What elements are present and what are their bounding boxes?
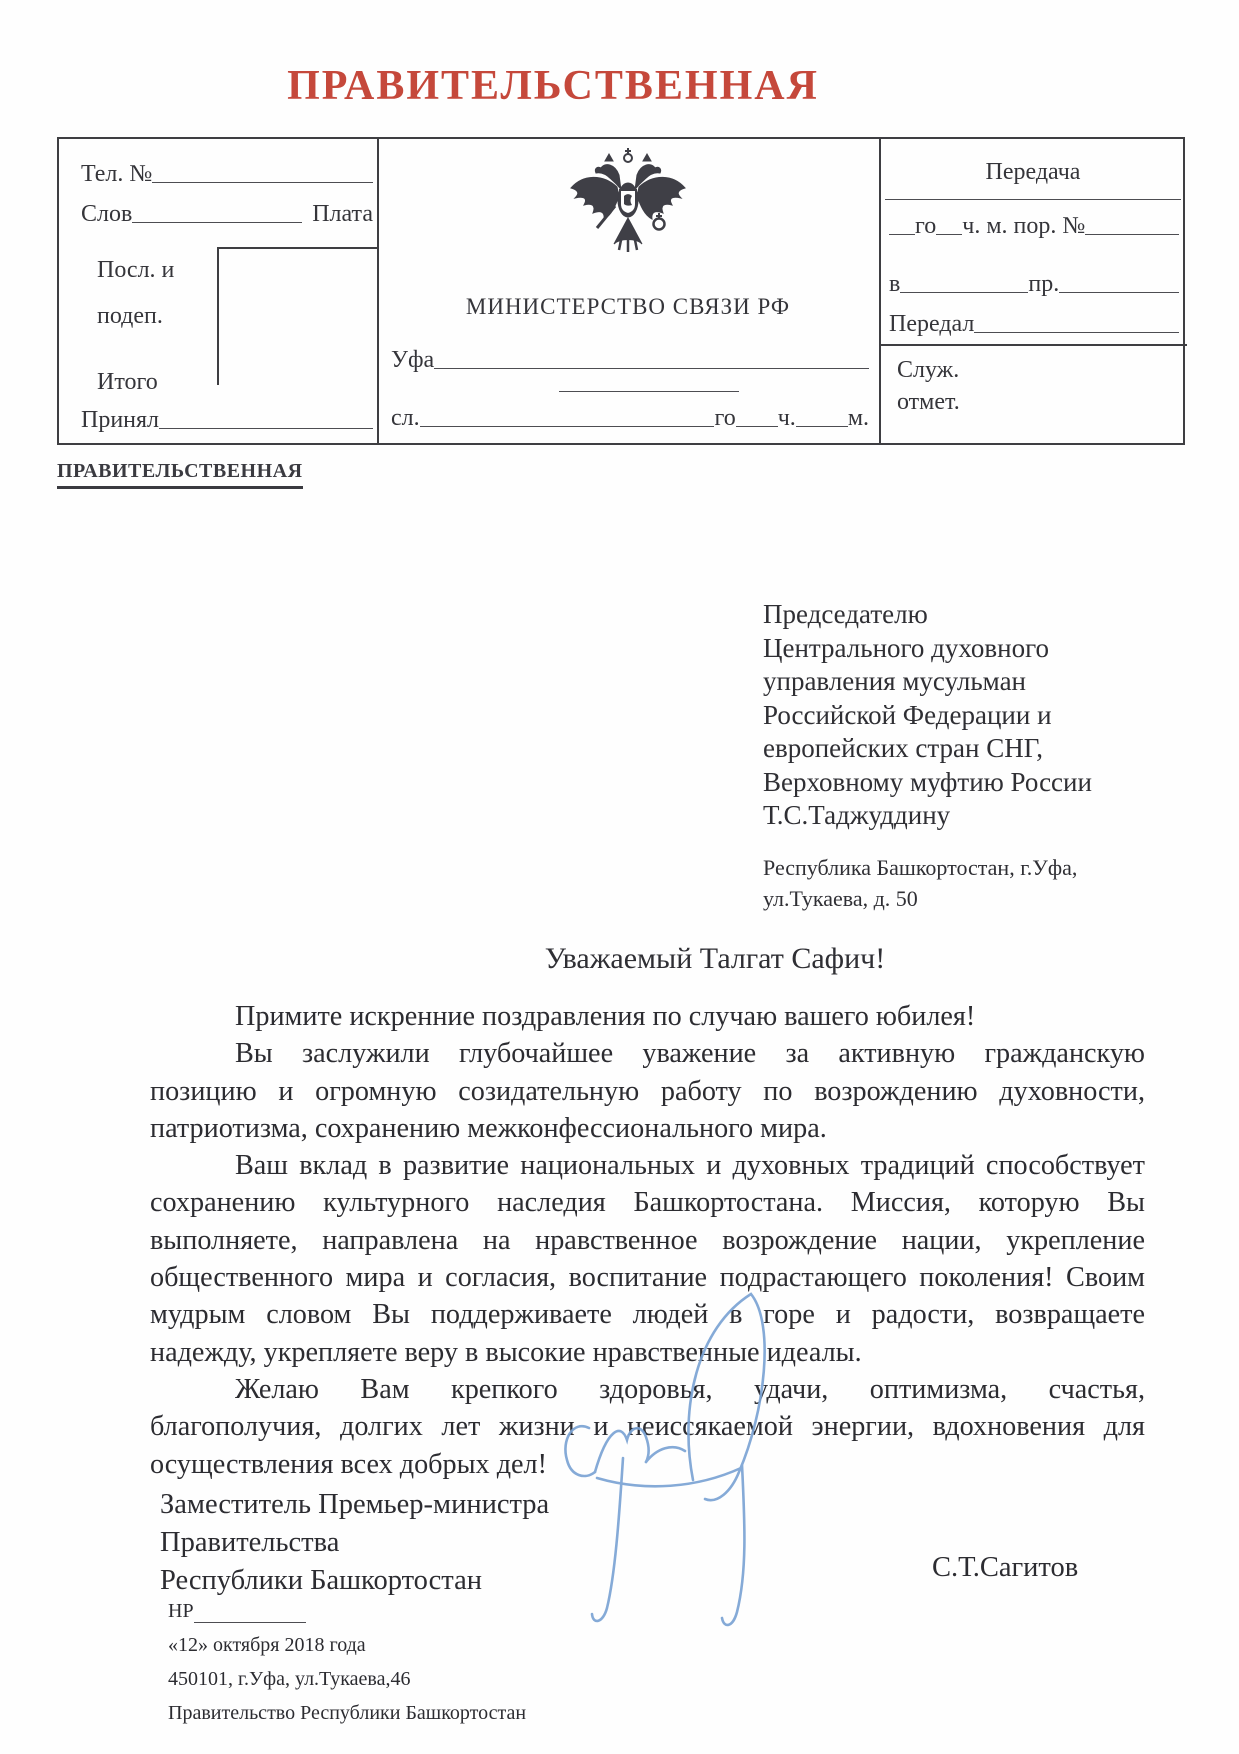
slov-label: Слов xyxy=(81,201,132,227)
service-time-field: сл. го ч. м. xyxy=(391,405,869,431)
blank-line xyxy=(936,234,962,235)
nr-blank-line xyxy=(194,1622,306,1623)
transfer-title: Передача xyxy=(879,159,1187,186)
addressee-line: Российской Федерации и xyxy=(763,699,1092,733)
blank-line xyxy=(1059,292,1179,293)
footer-date: «12» октября 2018 года xyxy=(168,1628,526,1662)
city-label: Уфа xyxy=(391,347,434,373)
service-marks-label-line1: Служ. xyxy=(897,357,959,384)
blank-line xyxy=(1085,234,1179,235)
city-blank-line xyxy=(434,368,869,369)
form-column-divider-left xyxy=(377,139,379,443)
addressee-line: Верховному муфтию России xyxy=(763,766,1092,800)
posl-label-line1: Посл. и xyxy=(97,257,174,284)
center-short-line xyxy=(559,391,739,392)
prinyal-label: Принял xyxy=(81,407,159,433)
classification-stamp: ПРАВИТЕЛЬСТВЕННАЯ xyxy=(57,460,303,489)
prinyal-blank-line xyxy=(159,428,373,429)
nr-field: НР xyxy=(168,1594,526,1628)
peredal-label: Передал xyxy=(889,311,974,337)
location-line: Республика Башкортостан, г.Уфа, xyxy=(763,852,1077,883)
transferred-by-field: Передал xyxy=(889,311,1179,337)
go-label: го xyxy=(714,405,735,431)
service-marks-label-line2: отмет. xyxy=(897,389,960,416)
tel-blank-line xyxy=(152,182,373,183)
transfer-destination-field: в пр. xyxy=(889,271,1179,297)
signer-position-line: Заместитель Премьер-министра xyxy=(160,1486,549,1524)
body-line: Примите искренние поздравления по случаю… xyxy=(150,998,1145,1035)
form-inner-bracket xyxy=(217,247,377,385)
blank-line xyxy=(889,234,915,235)
addressee-line: Т.С.Таджуддину xyxy=(763,799,1092,833)
body-line: Вы заслужили глубочайшее уважение за акт… xyxy=(150,1035,1145,1072)
signer-name: С.Т.Сагитов xyxy=(932,1552,1078,1584)
pr-label: пр. xyxy=(1028,271,1059,297)
chm-label: ч. м. пор. № xyxy=(962,213,1085,239)
telegraph-form: Тел. № Слов Плата Посл. и подеп. Итого П… xyxy=(57,137,1185,445)
plata-label: Плата xyxy=(312,201,373,227)
nr-label: НР xyxy=(168,1594,194,1628)
body-line: Ваш вклад в развитие национальных и духо… xyxy=(150,1147,1145,1184)
ministry-name: МИНИСТЕРСТВО СВЯЗИ РФ xyxy=(377,294,879,320)
city-field: Уфа xyxy=(391,347,869,373)
body-line: сохранению культурного наследия Башкорто… xyxy=(150,1184,1145,1221)
salutation: Уважаемый Талгат Сафич! xyxy=(430,942,1000,976)
v-label: в xyxy=(889,271,900,297)
footer-postal-address: 450101, г.Уфа, ул.Тукаева,46 xyxy=(168,1662,526,1696)
coat-of-arms-eagle-icon xyxy=(563,147,693,267)
go-label-right: го xyxy=(915,213,936,239)
addressee-line: европейских стран СНГ, xyxy=(763,732,1092,766)
ch-label: ч. xyxy=(778,405,796,431)
body-line: позицию и огромную созидательную работу … xyxy=(150,1073,1145,1110)
ch-blank-line xyxy=(796,426,848,427)
tel-label: Тел. № xyxy=(81,161,152,187)
addressee-line: управления мусульман xyxy=(763,665,1092,699)
prinyal-field: Принял xyxy=(81,407,373,433)
sl-label: сл. xyxy=(391,405,420,431)
transfer-title-underline xyxy=(885,199,1181,200)
signer-position-block: Заместитель Премьер-министра Правительст… xyxy=(160,1486,549,1600)
footer-organization: Правительство Республики Башкортостан xyxy=(168,1696,526,1730)
stamp-title: ПРАВИТЕЛЬСТВЕННАЯ xyxy=(0,62,1106,110)
addressee-line: Председателю xyxy=(763,598,1092,632)
body-line: выполняете, направлена на нравственное в… xyxy=(150,1222,1145,1259)
words-payment-field: Слов Плата xyxy=(81,201,373,227)
handwritten-signature xyxy=(545,1280,855,1650)
blank-line xyxy=(974,332,1179,333)
telegram-letter-page: ПРАВИТЕЛЬСТВЕННАЯ Тел. № Слов Плата Посл… xyxy=(0,0,1239,1754)
itogo-label: Итого xyxy=(97,369,158,396)
go-blank-line xyxy=(736,426,778,427)
tel-number-field: Тел. № xyxy=(81,161,373,187)
footer-reference-block: НР «12» октября 2018 года 450101, г.Уфа,… xyxy=(168,1594,526,1730)
slov-blank-line xyxy=(132,222,302,223)
transfer-time-field: го ч. м. пор. № xyxy=(889,213,1179,239)
sl-blank-line xyxy=(420,426,715,427)
right-cell-divider xyxy=(879,344,1187,346)
posl-label-line2: подеп. xyxy=(97,303,163,330)
addressee-location: Республика Башкортостан, г.Уфа, ул.Тукае… xyxy=(763,852,1077,914)
addressee-line: Центрального духовного xyxy=(763,632,1092,666)
blank-line xyxy=(900,292,1028,293)
signer-position-line: Правительства xyxy=(160,1524,549,1562)
body-line: патриотизма, сохранению межконфессиональ… xyxy=(150,1110,1145,1147)
location-line: ул.Тукаева, д. 50 xyxy=(763,883,1077,914)
addressee-block: Председателю Центрального духовного упра… xyxy=(763,598,1092,833)
m-label: м. xyxy=(848,405,869,431)
